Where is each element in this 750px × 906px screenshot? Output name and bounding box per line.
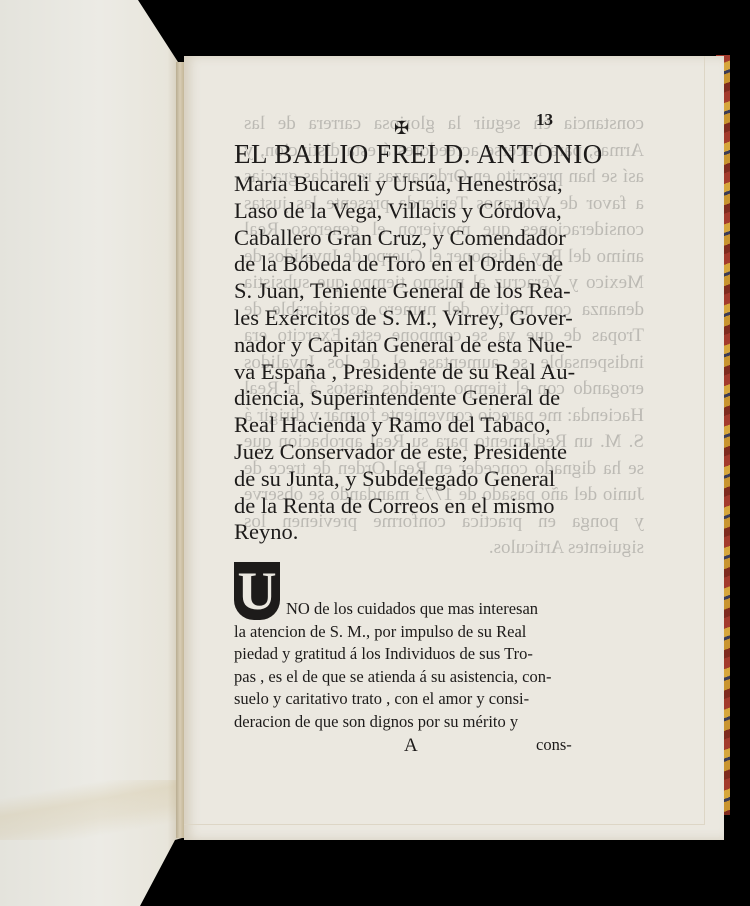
heading-line: de la Bóbeda de Toro en el Orden de (234, 251, 594, 278)
heading-line: de su Junta, y Subdelegado General (234, 466, 594, 493)
document-text: EL BAILIO FREI D. ANTONIO Maria Bucareli… (234, 96, 594, 759)
body-line: NO de los cuidados que mas interesan (286, 562, 594, 621)
drop-cap: U (234, 562, 280, 620)
document-title: EL BAILIO FREI D. ANTONIO (234, 138, 594, 171)
heading-block: Maria Bucareli y Ursúa, Heneströsa, Laso… (234, 171, 594, 546)
left-page: REGLREGLAMENTBAILIO FREIMaria BucarLafo … (0, 0, 182, 906)
signature-mark: A (404, 735, 418, 757)
heading-line: va España , Presidente de su Real Au- (234, 359, 594, 386)
heading-line: Reyno. (234, 519, 594, 546)
heading-line: nador y Capitan General de esta Nue- (234, 332, 594, 359)
heading-line: Real Hacienda y Ramo del Tabaco, (234, 412, 594, 439)
heading-line: de la Renta de Correos en el mismo (234, 493, 594, 520)
water-stain (0, 780, 182, 840)
body-paragraph: U NO de los cuidados que mas interesan l… (234, 562, 594, 733)
heading-line: diencia, Superintendente General de (234, 385, 594, 412)
heading-line: Juez Conservador de este, Presidente (234, 439, 594, 466)
right-page: constancia en seguir la gloriosa carrera… (184, 56, 724, 840)
heading-line: S. Juan, Teniente General de los Rea- (234, 278, 594, 305)
body-line: la atencion de S. M., por impulso de su … (234, 621, 594, 644)
heading-line: Maria Bucareli y Ursúa, Heneströsa, (234, 171, 594, 198)
catchword: cons- (536, 735, 572, 755)
body-line: piedad y gratitud á los Individuos de su… (234, 643, 594, 666)
book-gutter (176, 62, 184, 838)
page-footer: A cons- (234, 733, 594, 759)
body-line: deracion de que son dignos por su mérito… (234, 711, 594, 734)
heading-line: Laso de la Vega, Villacis y Córdova, (234, 198, 594, 225)
body-line: suelo y caritativo trato , con el amor y… (234, 688, 594, 711)
body-line: pas , es el de que se atienda á su asist… (234, 666, 594, 689)
heading-line: les Exércitos de S. M., Virrey, Gover- (234, 305, 594, 332)
heading-line: Caballero Gran Cruz, y Comendador (234, 225, 594, 252)
